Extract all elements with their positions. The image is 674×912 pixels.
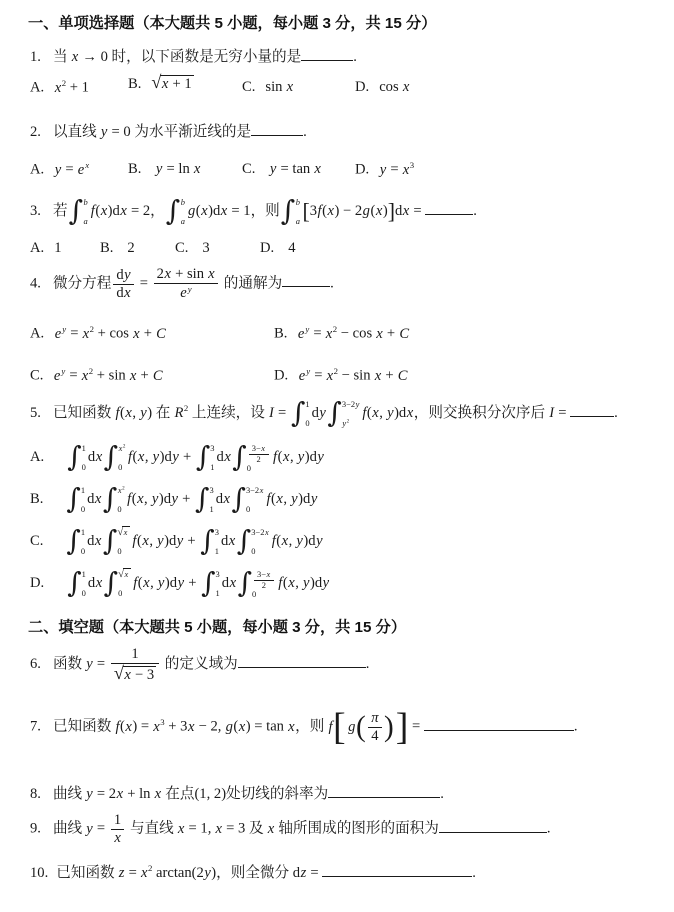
integral: ∫3−x20 [238, 570, 276, 597]
integral: ∫3−x20 [232, 444, 270, 471]
integral: ∫√x0 [104, 570, 131, 597]
q2-option-b: B.y = ln x [128, 160, 201, 179]
integral: ∫31 [201, 570, 220, 597]
q5-option-c: C.∫10dx∫√x0f(x, y)dy + ∫31dx∫3−2x0f(x, y… [30, 528, 323, 555]
q5-option-d: D.∫10dx∫√x0f(x, y)dy + ∫31dx∫3−x20f(x, y… [30, 570, 330, 597]
answer-blank [328, 783, 440, 798]
q10-stem: 10.已知函数 z = x2 arctan(2y)，则全微分 dz = . [30, 862, 476, 883]
q4-option-c: C.ey = x2 + sin x + C [30, 366, 163, 386]
q4-stem: 4.微分方程dydx = 2x + sin xey 的通解为. [30, 266, 334, 302]
integral-sign-icon: ∫ [195, 486, 209, 512]
integral: ∫10 [67, 444, 86, 471]
answer-blank [425, 200, 473, 215]
integral: ∫10 [66, 528, 85, 555]
answer-blank [238, 653, 366, 668]
integral: ∫√x0 [103, 528, 130, 555]
q4-option-a: A.ey = x2 + cos x + C [30, 324, 166, 344]
q7-stem: 7.已知函数 f(x) = x3 + 3x − 2, g(x) = tan x，… [30, 710, 578, 745]
answer-blank [282, 273, 330, 288]
q1-option-d: D.cos x [355, 78, 410, 97]
integral: ∫x20 [104, 444, 126, 471]
q3-option-b: B.2 [100, 239, 135, 258]
q4-option-d: D.ey = x2 − sin x + C [274, 366, 408, 386]
q2-option-c: C.y = tan x [242, 160, 321, 179]
q3-stem: 3.若∫baf(x)dx = 2，∫bag(x)dx = 1，则∫ba[3f(x… [30, 198, 477, 225]
radical: √x − 3 [114, 664, 156, 684]
integral-sign-icon: ∫ [103, 486, 117, 512]
fraction: 1√x − 3 [111, 646, 159, 684]
q4-option-b: B.ey = x2 − cos x + C [274, 324, 410, 344]
integral: ∫3−2yy2 [327, 400, 359, 427]
fraction: dydx [113, 267, 134, 302]
integral: ∫ba [69, 198, 89, 225]
q5-option-b: B.∫10dx∫x20f(x, y)dy + ∫31dx∫3−2x0f(x, y… [30, 486, 318, 513]
q2-stem: 2.以直线 y = 0 为水平渐近线的是. [30, 121, 307, 142]
integral-sign-icon: ∫ [200, 528, 214, 554]
q3-option-c: C.3 [175, 239, 210, 258]
q8-stem: 8.曲线 y = 2x + ln x 在点(1, 2)处切线的斜率为. [30, 783, 444, 804]
fraction: 2x + sin xey [154, 266, 218, 302]
integral: ∫10 [66, 486, 85, 513]
answer-blank [251, 121, 303, 136]
answer-blank [424, 716, 574, 731]
integral-sign-icon: ∫ [238, 570, 252, 596]
integral-sign-icon: ∫ [281, 198, 295, 224]
q3-option-a: A.1 [30, 239, 62, 258]
integral-sign-icon: ∫ [103, 528, 117, 554]
integral: ∫3−2x0 [231, 486, 263, 513]
radical: √x + 1 [151, 73, 193, 94]
q2-option-d: D.y = x3 [355, 160, 414, 180]
q1-stem: 1.当 x → 0 时，以下函数是无穷小量的是. [30, 46, 357, 67]
fraction: 1x [111, 812, 124, 847]
integral: ∫10 [291, 400, 310, 427]
integral-sign-icon: ∫ [327, 400, 341, 426]
q1-option-b: B.√x + 1 [128, 73, 194, 94]
integral: ∫ba [166, 198, 186, 225]
integral-sign-icon: ∫ [104, 444, 118, 470]
answer-blank [301, 46, 353, 61]
answer-blank [322, 862, 472, 877]
integral-sign-icon: ∫ [166, 198, 180, 224]
integral-sign-icon: ∫ [231, 486, 245, 512]
answer-blank [439, 818, 547, 833]
answer-blank [570, 402, 614, 417]
integral-sign-icon: ∫ [291, 400, 305, 426]
integral-sign-icon: ∫ [232, 444, 246, 470]
integral-sign-icon: ∫ [69, 198, 83, 224]
radical: √x [117, 528, 130, 539]
q5-option-a: A.∫10dx∫x20f(x, y)dy + ∫31dx∫3−x20f(x, y… [30, 444, 324, 471]
q9-stem: 9.曲线 y = 1x 与直线 x = 1, x = 3 及 x 轴所围成的图形… [30, 812, 551, 847]
integral-sign-icon: ∫ [66, 486, 80, 512]
integral: ∫10 [67, 570, 86, 597]
integral: ∫31 [200, 528, 219, 555]
integral-sign-icon: ∫ [67, 444, 81, 470]
integral-sign-icon: ∫ [201, 570, 215, 596]
q1-option-a: A.x2 + 1 [30, 78, 89, 98]
integral-sign-icon: ∫ [104, 570, 118, 596]
section-1-header: 一、单项选择题（本大题共 5 小题，每小题 3 分，共 15 分） [28, 14, 436, 34]
integral-sign-icon: ∫ [237, 528, 251, 554]
q3-option-d: D.4 [260, 239, 296, 258]
integral: ∫x20 [103, 486, 125, 513]
fraction: 3−x2 [249, 444, 269, 464]
integral: ∫ba [281, 198, 301, 225]
integral: ∫31 [196, 444, 215, 471]
integral: ∫3−2x0 [237, 528, 269, 555]
section-2-header: 二、填空题（本大题共 5 小题，每小题 3 分，共 15 分） [28, 618, 406, 638]
exam-page: 一、单项选择题（本大题共 5 小题，每小题 3 分，共 15 分）1.当 x →… [0, 0, 674, 912]
integral: ∫31 [195, 486, 214, 513]
q2-option-a: A.y = ex [30, 160, 90, 180]
q6-stem: 6.函数 y = 1√x − 3 的定义域为. [30, 646, 369, 684]
fraction: 3−x2 [254, 570, 274, 590]
fraction: π4 [368, 710, 382, 745]
integral-sign-icon: ∫ [66, 528, 80, 554]
q5-stem: 5.已知函数 f(x, y) 在 R2 上连续，设 I = ∫10dy∫3−2y… [30, 400, 618, 427]
radical: √x [118, 570, 131, 581]
integral-sign-icon: ∫ [196, 444, 210, 470]
q1-option-c: C.sin x [242, 78, 294, 97]
integral-sign-icon: ∫ [67, 570, 81, 596]
